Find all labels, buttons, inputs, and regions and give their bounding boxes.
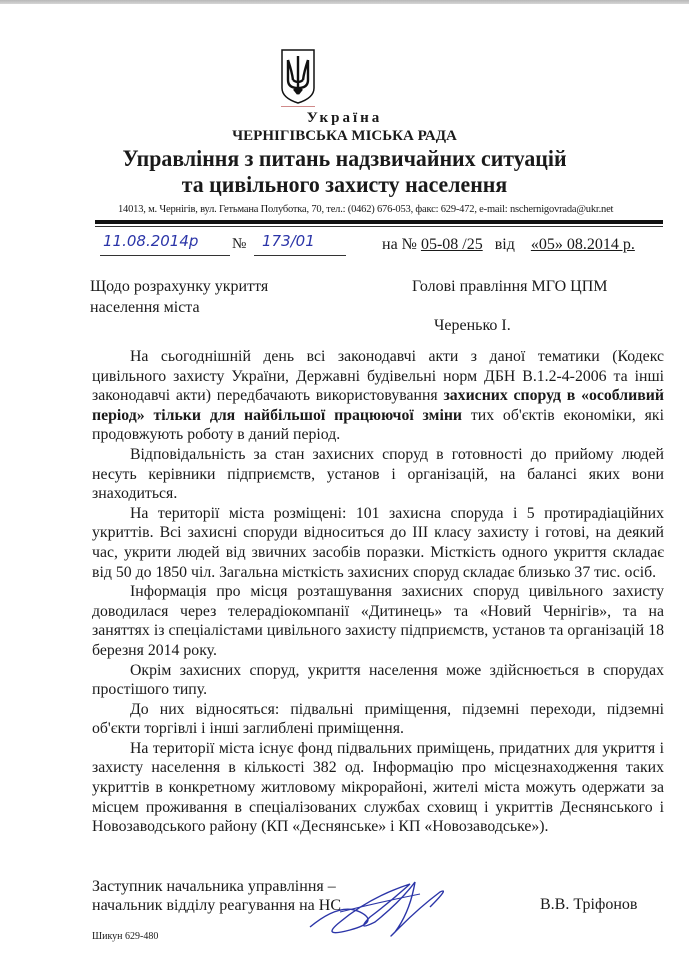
reply-prefix: на № [382, 236, 417, 253]
subject-line1: Щодо розрахунку укриття [90, 276, 268, 297]
paragraph-1: На сьогоднішній день всі законодавчі акт… [92, 347, 664, 445]
reply-number: 05-08 /25 [421, 236, 483, 253]
addressee-name: Черенько І. [434, 317, 511, 335]
letter-body: На сьогоднішній день всі законодавчі акт… [92, 347, 664, 837]
number-underline [254, 255, 346, 256]
handwritten-signature-icon [300, 872, 470, 942]
outgoing-number: 173/01 [262, 232, 315, 250]
trident-emblem-icon [280, 48, 316, 104]
country-name: Україна [0, 110, 689, 127]
letter-subject: Щодо розрахунку укриття населення міста [90, 276, 268, 318]
paragraph-5: Окрім захисних споруд, укриття населення… [92, 661, 664, 700]
reply-reference: на № 05-08 /25 від «05» 08.2014 р. [382, 236, 635, 254]
paragraph-4: Інформація про місця розташування захисн… [92, 582, 664, 660]
letterhead-divider-thin [95, 226, 663, 227]
reply-from-label: від [495, 236, 515, 253]
paragraph-2: Відповідальність за стан захисних споруд… [92, 445, 664, 504]
department-title-line1: Управління з питань надзвичайних ситуаці… [17, 146, 672, 172]
paragraph-7: На території міста існує фонд підвальних… [92, 739, 664, 837]
emblem-underline [281, 106, 315, 107]
reply-date: «05» 08.2014 р. [531, 236, 635, 253]
contact-address: 14013, м. Чернігів, вул. Гетьмана Полубо… [118, 204, 658, 215]
addressee: Голові правління МГО ЦПМ [412, 276, 608, 297]
paragraph-6: До них відносяться: підвальні приміщення… [92, 700, 664, 739]
scan-top-edge [0, 0, 689, 4]
signer-name: В.В. Тріфонов [540, 896, 637, 914]
subject-line2: населення міста [90, 297, 268, 318]
letterhead-divider [95, 220, 663, 224]
council-name: ЧЕРНІГІВСЬКА МІСЬКА РАДА [0, 128, 689, 145]
number-label: № [232, 236, 246, 253]
outgoing-date: 11.08.2014р [103, 232, 198, 250]
paragraph-3: На території міста розміщені: 101 захисн… [92, 504, 664, 582]
date-underline [100, 255, 230, 256]
department-title-line2: та цивільного захисту населення [17, 172, 672, 198]
executor-contact: Шикун 629-480 [92, 931, 158, 942]
